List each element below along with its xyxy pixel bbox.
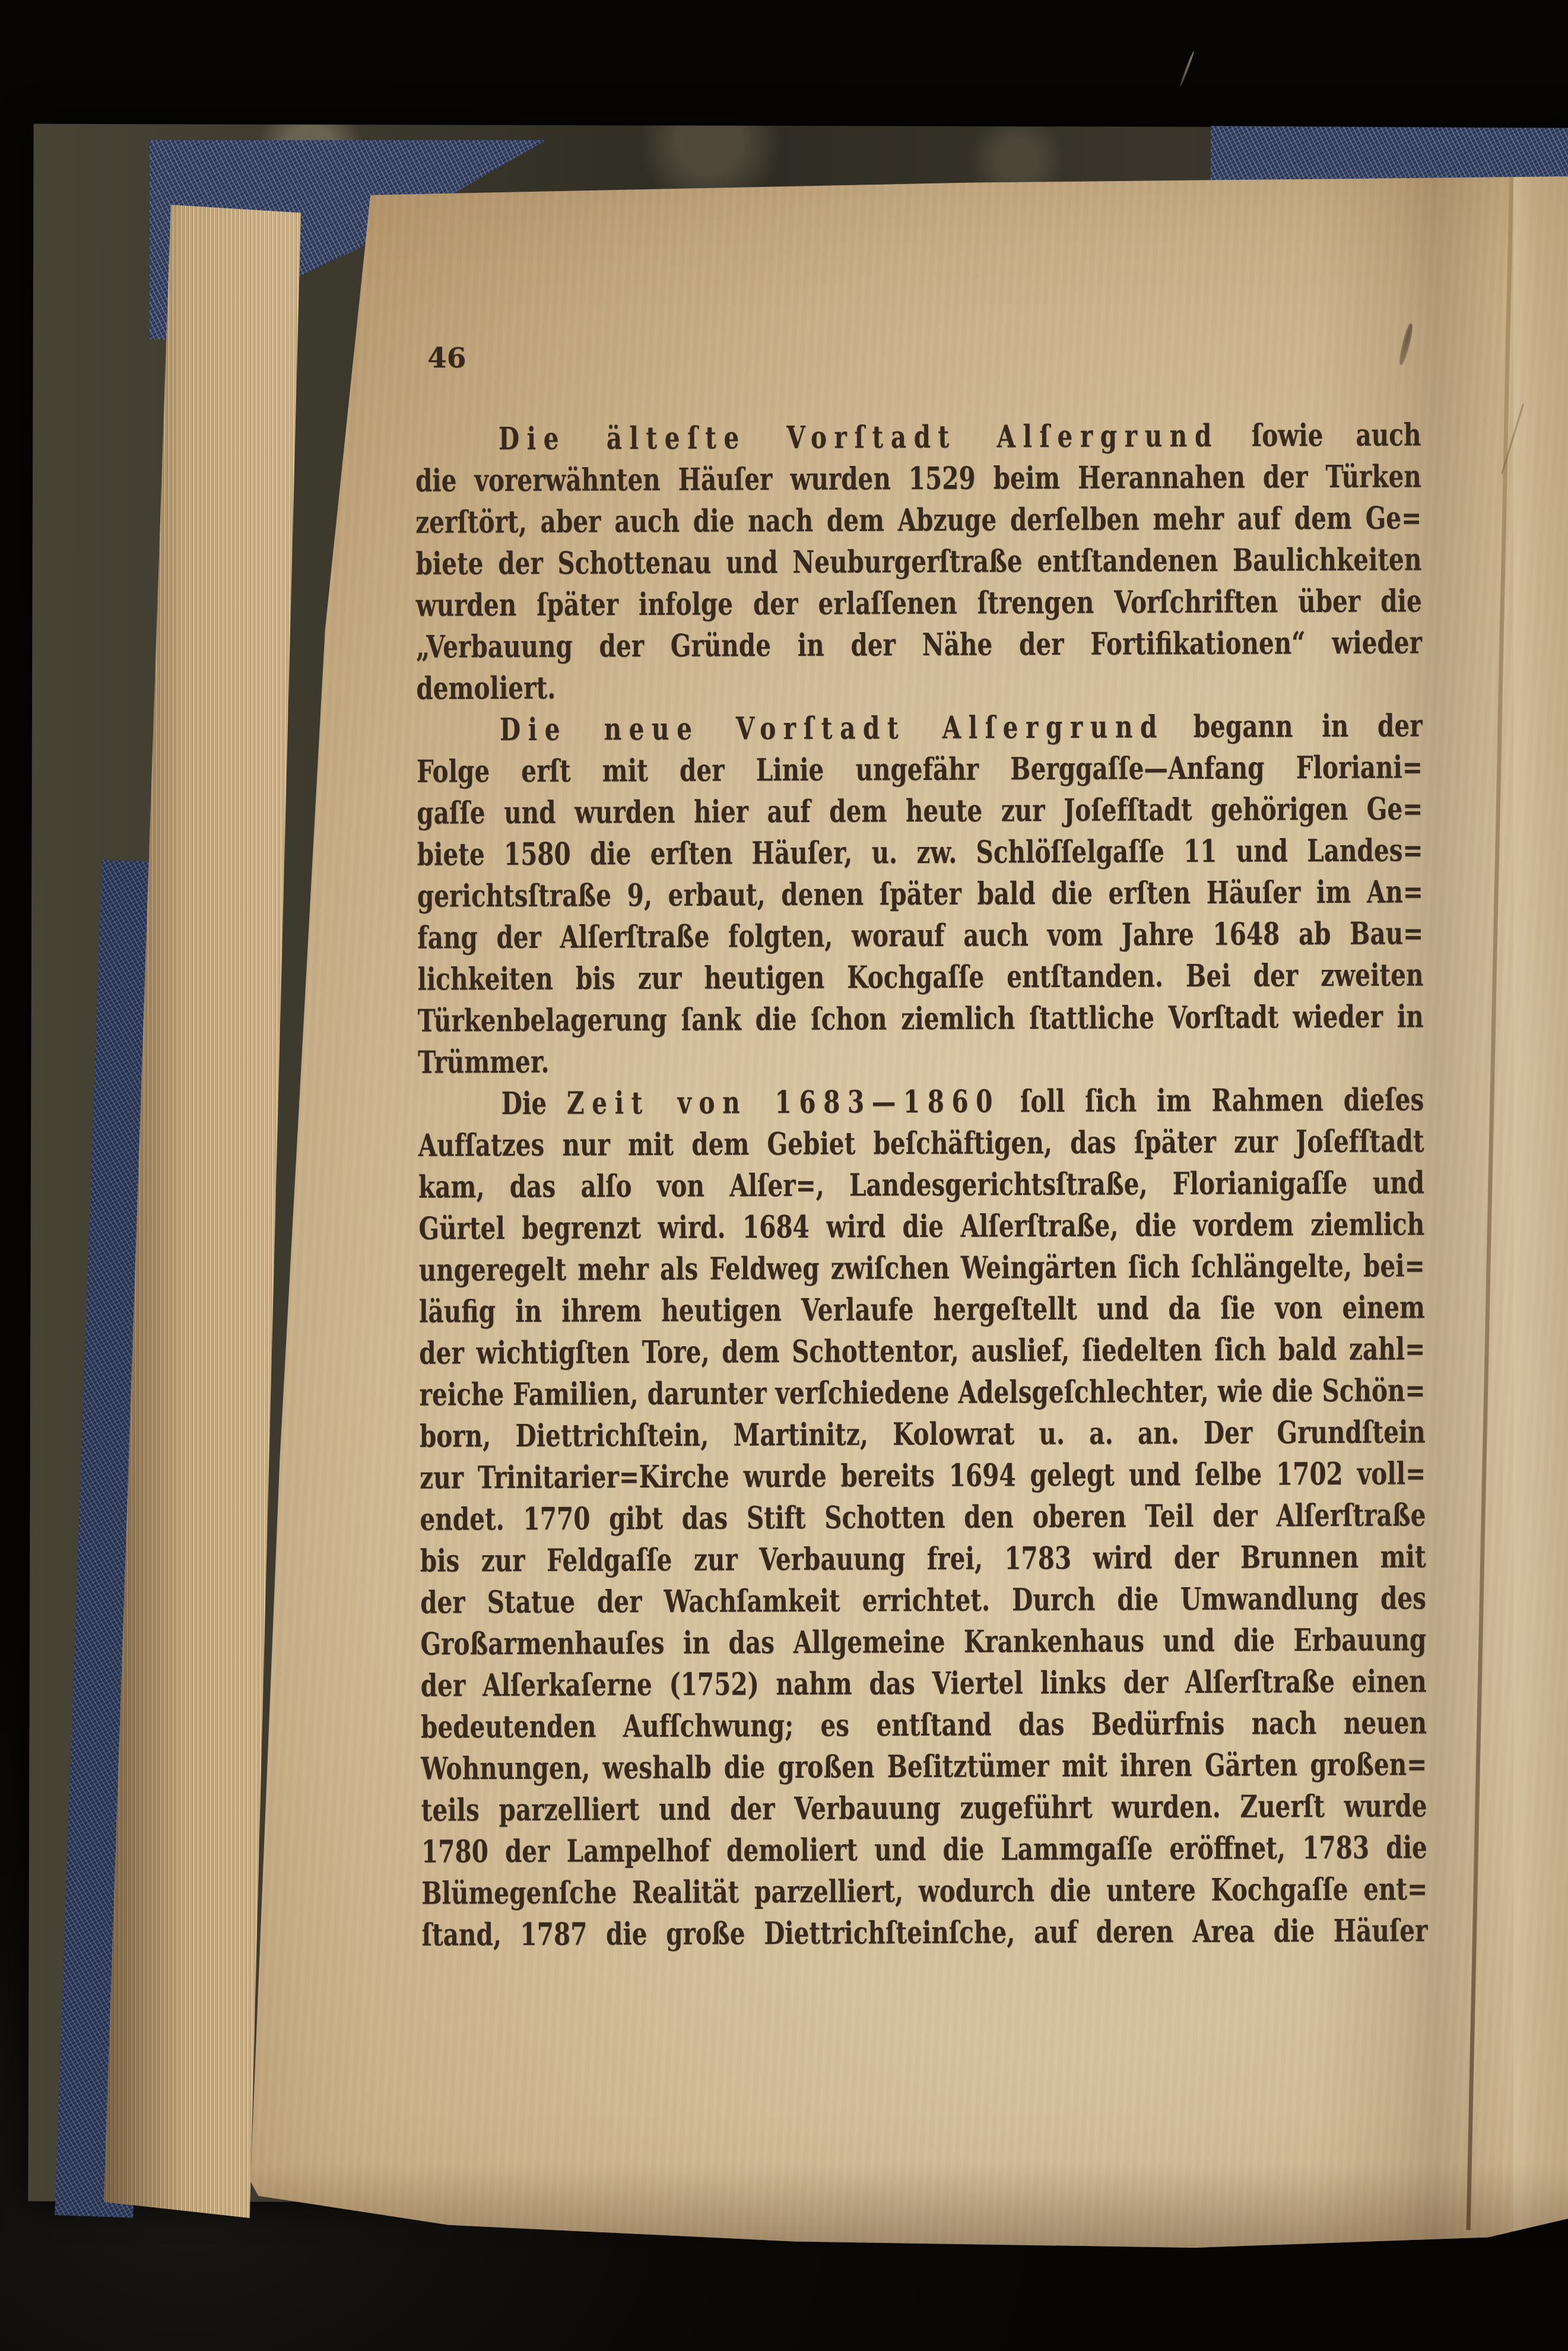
text-line: Großarmenhauſes in das Allgemeine Kranke…: [420, 1619, 1426, 1665]
text-line: fang der Alſerſtraße folgten, worauf auc…: [417, 913, 1423, 959]
text-line: bis zur Feldgaſſe zur Verbauung frei, 17…: [420, 1536, 1426, 1582]
body-text: ungeregelt mehr als Feldweg zwiſchen Wei…: [418, 1248, 1424, 1288]
body-text: demoliert.: [416, 670, 556, 707]
body-text: gerichtsſtraße 9, erbaut, denen ſpäter b…: [417, 874, 1423, 914]
body-text: zur Trinitarier=Kirche wurde bereits 169…: [420, 1455, 1426, 1496]
text-line: Die Zeit von 1683—1860 ſoll ſich im Rahm…: [418, 1079, 1424, 1125]
text-line: der wichtigſten Tore, dem Schottentor, a…: [419, 1328, 1425, 1374]
body-text: biete 1580 die erſten Häuſer, u. zw. Sch…: [417, 832, 1423, 872]
body-text: wurden ſpäter infolge der erlaſſenen ſtr…: [416, 583, 1422, 623]
body-text: fang der Alſerſtraße folgten, worauf auc…: [417, 915, 1423, 956]
body-text: bis zur Feldgaſſe zur Verbauung frei, 17…: [420, 1538, 1426, 1579]
body-text: gaſſe und wurden hier auf dem heute zur …: [417, 791, 1423, 831]
body-text: Aufſatzes nur mit dem Gebiet beſchäftige…: [418, 1123, 1424, 1163]
emphasized-spaced-text: Die neue Vorſtadt Alſergrund: [500, 709, 1164, 748]
body-text: zerſtört, aber auch die nach dem Abzuge …: [415, 500, 1421, 540]
text-line: born, Diettrichſtein, Martinitz, Kolowra…: [420, 1411, 1426, 1457]
text-line: Gürtel begrenzt wird. 1684 wird die Alſe…: [418, 1204, 1424, 1249]
text-line: Blümegenſche Realität parzelliert, wodur…: [421, 1868, 1427, 1914]
text-line: demoliert.: [416, 664, 1422, 709]
body-text: begann in der: [1164, 707, 1423, 745]
text-line: die vorerwähnten Häuſer wurden 1529 beim…: [415, 456, 1421, 502]
body-text: „Verbauung der Gründe in der Nähe der Fo…: [416, 624, 1422, 665]
body-text: Gürtel begrenzt wird. 1684 wird die Alſe…: [418, 1206, 1424, 1246]
text-line: wurden ſpäter infolge der erlaſſenen ſtr…: [416, 580, 1422, 626]
paragraph: Die Zeit von 1683—1860 ſoll ſich im Rahm…: [418, 1079, 1427, 1956]
text-line: läufig in ihrem heutigen Verlaufe hergeſ…: [419, 1287, 1425, 1332]
body-text: läufig in ihrem heutigen Verlaufe hergeſ…: [419, 1289, 1425, 1330]
text-line: zur Trinitarier=Kirche wurde bereits 169…: [420, 1453, 1426, 1499]
body-text: ſtand, 1787 die große Diettrichſteinſche…: [421, 1912, 1427, 1953]
body-text: Blümegenſche Realität parzelliert, wodur…: [421, 1871, 1427, 1911]
body-text: Die: [501, 1086, 567, 1122]
body-text: die vorerwähnten Häuſer wurden 1529 beim…: [415, 458, 1421, 499]
text-line: reiche Familien, darunter verſchiedene A…: [419, 1370, 1425, 1416]
body-text: Folge erſt mit der Linie ungefähr Bergga…: [417, 749, 1423, 789]
emphasized-spaced-text: Zeit von 1683—1860: [567, 1083, 1000, 1121]
body-text: kam, das alſo von Alſer=, Landesgerichts…: [418, 1165, 1424, 1205]
text-line: gaſſe und wurden hier auf dem heute zur …: [417, 788, 1423, 834]
text-line: endet. 1770 gibt das Stift Schotten den …: [420, 1495, 1426, 1540]
body-text: Türkenbelagerung ſank die ſchon ziemlich…: [418, 998, 1424, 1039]
text-line: biete 1580 die erſten Häuſer, u. zw. Sch…: [417, 830, 1423, 875]
backdrop-scratch-artifact: [1179, 50, 1195, 87]
body-text: Großarmenhauſes in das Allgemeine Kranke…: [420, 1622, 1426, 1662]
body-text: ſowie auch: [1219, 417, 1421, 453]
page-curl-right-edge: [1513, 173, 1568, 2248]
text-line: teils parzelliert und der Verbauung zuge…: [421, 1785, 1427, 1831]
text-line: Die neue Vorſtadt Alſergrund begann in d…: [416, 705, 1422, 751]
body-text: der wichtigſten Tore, dem Schottentor, a…: [419, 1331, 1425, 1371]
text-line: ſtand, 1787 die große Diettrichſteinſche…: [421, 1910, 1427, 1956]
text-line: bedeutenden Aufſchwung; es entſtand das …: [421, 1702, 1427, 1748]
bottom-curl-shadow: [234, 2165, 1568, 2248]
paragraph: Die neue Vorſtadt Alſergrund begann in d…: [416, 705, 1424, 1083]
text-line: Türkenbelagerung ſank die ſchon ziemlich…: [418, 996, 1424, 1042]
text-line: lichkeiten bis zur heutigen Kochgaſſe en…: [417, 954, 1423, 1000]
text-line: „Verbauung der Gründe in der Nähe der Fo…: [416, 622, 1422, 668]
body-text: endet. 1770 gibt das Stift Schotten den …: [420, 1497, 1426, 1537]
page-number: 46: [427, 342, 466, 375]
text-line: kam, das alſo von Alſer=, Landesgerichts…: [418, 1162, 1424, 1208]
body-text: Wohnungen, weshalb die großen Beſitztüme…: [421, 1746, 1427, 1787]
text-line: Die älteſte Vorſtadt Alſergrund ſowie au…: [415, 414, 1421, 460]
text-line: biete der Schottenau und Neuburgerſtraße…: [415, 539, 1421, 585]
body-text: teils parzelliert und der Verbauung zuge…: [421, 1788, 1427, 1828]
photographed-book-scene: 46 Die älteſte Vorſtadt Alſergrund ſowie…: [0, 0, 1568, 2351]
body-text: reiche Familien, darunter verſchiedene A…: [419, 1372, 1425, 1413]
text-line: der Alſerkaſerne (1752) nahm das Viertel…: [421, 1661, 1427, 1706]
body-text: der Alſerkaſerne (1752) nahm das Viertel…: [421, 1663, 1427, 1703]
body-text: Trümmer.: [418, 1044, 550, 1081]
body-text: biete der Schottenau und Neuburgerſtraße…: [415, 541, 1421, 582]
body-text: bedeutenden Aufſchwung; es entſtand das …: [421, 1705, 1427, 1745]
text-line: Trümmer.: [418, 1038, 1424, 1083]
text-line: gerichtsſtraße 9, erbaut, denen ſpäter b…: [417, 871, 1423, 917]
text-line: Folge erſt mit der Linie ungefähr Bergga…: [417, 747, 1423, 792]
text-block: Die älteſte Vorſtadt Alſergrund ſowie au…: [415, 414, 1427, 1956]
text-line: ungeregelt mehr als Feldweg zwiſchen Wei…: [418, 1245, 1424, 1291]
text-line: der Statue der Wachſamkeit errichtet. Du…: [420, 1578, 1426, 1623]
body-text: 1780 der Lampelhof demoliert und die Lam…: [421, 1829, 1427, 1870]
body-text: der Statue der Wachſamkeit errichtet. Du…: [420, 1580, 1426, 1620]
text-line: zerſtört, aber auch die nach dem Abzuge …: [415, 497, 1421, 543]
body-text: ſoll ſich im Rahmen dieſes: [1000, 1081, 1424, 1119]
body-text: lichkeiten bis zur heutigen Kochgaſſe en…: [417, 957, 1423, 997]
paragraph: Die älteſte Vorſtadt Alſergrund ſowie au…: [415, 414, 1422, 709]
text-line: 1780 der Lampelhof demoliert und die Lam…: [421, 1827, 1427, 1873]
body-text: born, Diettrichſtein, Martinitz, Kolowra…: [420, 1414, 1426, 1454]
text-line: Aufſatzes nur mit dem Gebiet beſchäftige…: [418, 1121, 1424, 1166]
emphasized-spaced-text: Die älteſte Vorſtadt Alſergrund: [499, 418, 1219, 457]
text-line: Wohnungen, weshalb die großen Beſitztüme…: [421, 1744, 1427, 1790]
